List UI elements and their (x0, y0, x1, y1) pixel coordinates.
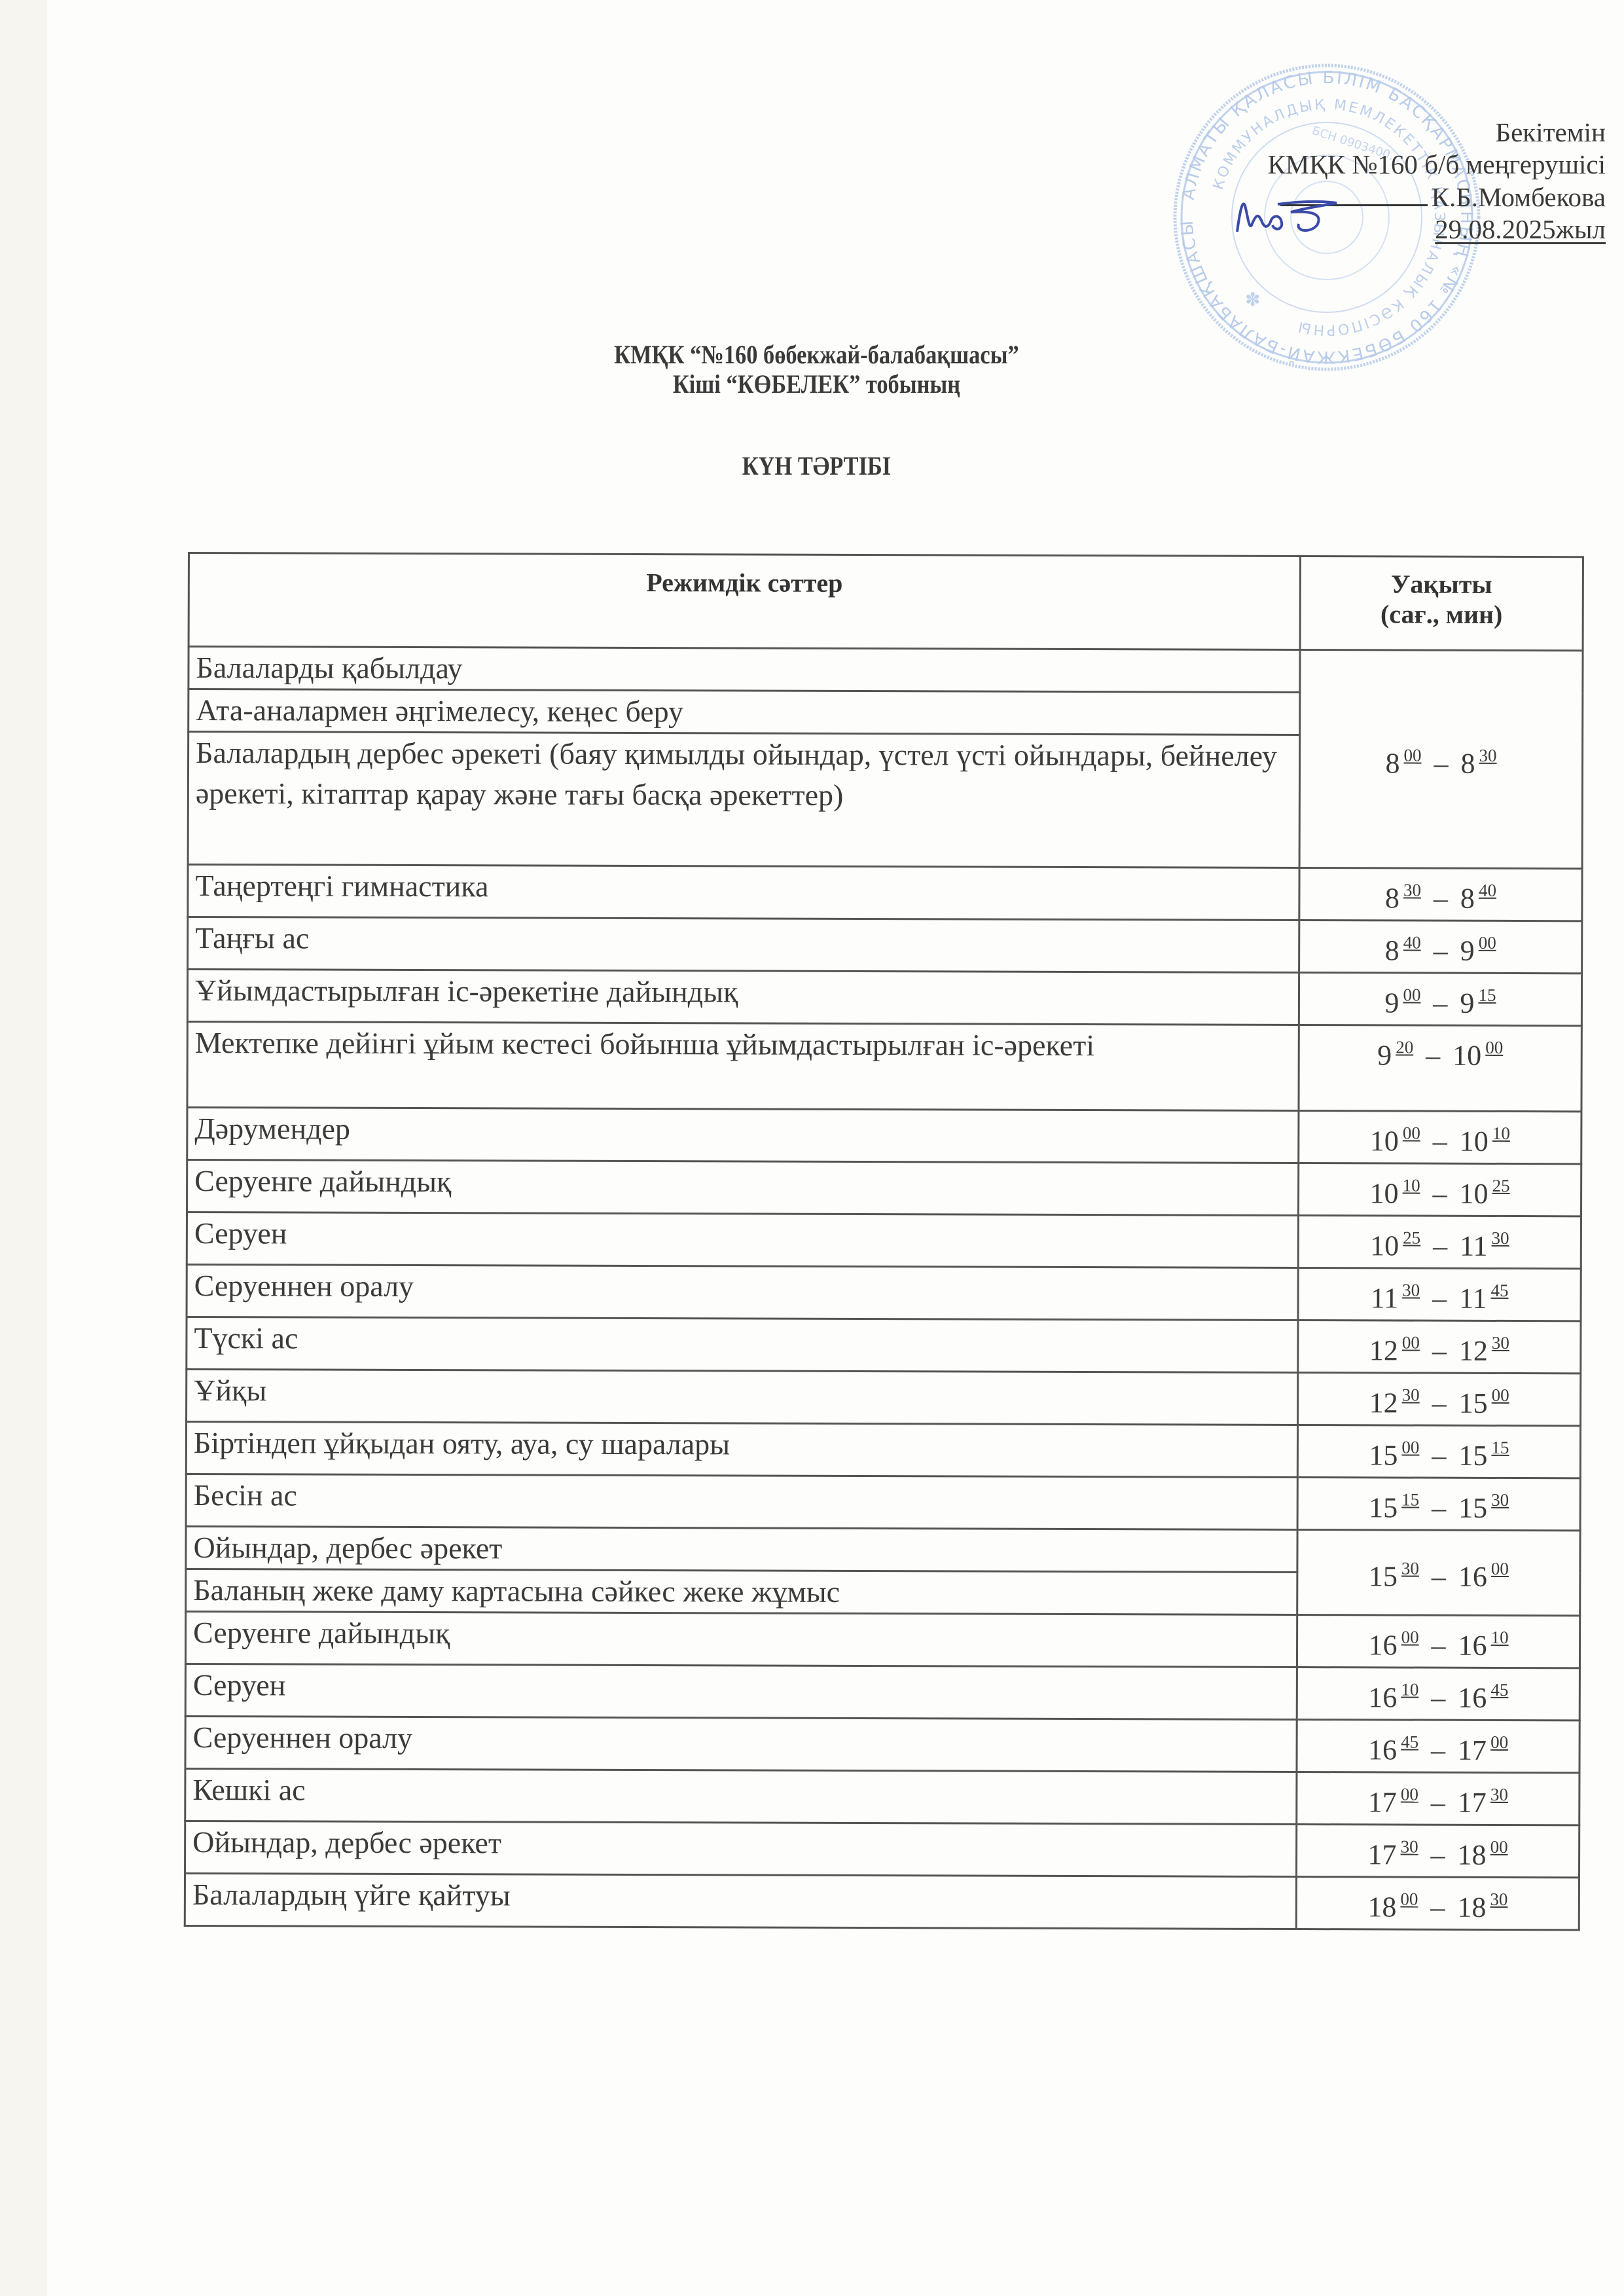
time-to-minute: 00 (1479, 933, 1496, 953)
table-row: Серуеннен оралу1130 – 1145 (187, 1264, 1581, 1321)
time-from-hour: 8 (1385, 882, 1399, 914)
table-row: Серуен1025 – 1130 (187, 1212, 1581, 1269)
time-from-minute: 00 (1403, 1123, 1420, 1143)
table-row: Ойындар, дербес әрекет1730 – 1800 (185, 1821, 1579, 1877)
time-dash: – (1426, 747, 1455, 779)
time-dash: – (1426, 1125, 1454, 1157)
time-to-minute: 45 (1490, 1281, 1508, 1300)
column-header-time-unit: (сағ., мин) (1380, 599, 1503, 629)
time-dash: – (1423, 1891, 1452, 1923)
activity-cell: Кешкі ас (185, 1768, 1297, 1824)
time-from-minute: 10 (1403, 1176, 1420, 1195)
activity-cell: Балаларды қабылдау (189, 647, 1300, 693)
table-row: Балалардың үйге қайтуы1800 – 1830 (185, 1873, 1579, 1929)
time-cell: 1700 – 1730 (1297, 1772, 1579, 1825)
document-title: КҮН ТӘРТІБІ (118, 452, 1515, 481)
time-to-hour: 8 (1460, 883, 1475, 915)
time-dash: – (1426, 1178, 1454, 1210)
scan-edge (0, 0, 47, 2296)
activity-cell: Ұйымдастырылған іс-әрекетіне дайындық (187, 970, 1299, 1025)
time-from-hour: 9 (1377, 1039, 1392, 1071)
time-cell: 1200 – 1230 (1298, 1321, 1581, 1374)
time-dash: – (1424, 1734, 1453, 1766)
signer-name: К.Б.Момбекова (1432, 182, 1606, 212)
time-from-hour: 8 (1385, 934, 1399, 966)
activity-cell: Серуенге дайындық (185, 1611, 1297, 1667)
activity-cell: Балалардың дербес әрекеті (баяу қимылды … (188, 732, 1300, 868)
activity-cell: Таңертеңгі гимнастика (188, 865, 1299, 920)
activity-cell: Таңғы ас (188, 917, 1299, 973)
activity-cell: Біртіндеп ұйқыдан ояту, ауа, су шаралары (186, 1421, 1297, 1477)
time-cell: 1500 – 1515 (1297, 1425, 1580, 1478)
time-cell: 1515 – 1530 (1297, 1478, 1580, 1531)
activity-cell: Балалардың үйге қайтуы (185, 1873, 1296, 1929)
time-from-minute: 30 (1402, 1385, 1420, 1405)
time-to-minute: 15 (1491, 1438, 1509, 1457)
time-to-hour: 10 (1460, 1178, 1489, 1210)
time-from-minute: 00 (1403, 985, 1420, 1005)
table-row: Мектепке дейінгі ұйым кестесі бойынша ұй… (187, 1022, 1581, 1112)
time-to-hour: 11 (1460, 1230, 1488, 1262)
time-from-hour: 17 (1368, 1838, 1397, 1870)
table-row: Таңғы ас840 – 900 (188, 917, 1582, 974)
activity-cell: Серуенге дайындық (187, 1160, 1299, 1216)
time-from-minute: 00 (1401, 1628, 1419, 1647)
table-row: Ұйқы1230 – 1500 (187, 1369, 1581, 1425)
time-cell: 920 – 1000 (1299, 1025, 1581, 1112)
time-from-minute: 30 (1401, 1559, 1419, 1578)
table-row: Серуен1610 – 1645 (185, 1664, 1579, 1720)
time-cell: 1000 – 1010 (1299, 1111, 1581, 1164)
time-cell: 1610 – 1645 (1297, 1667, 1579, 1721)
time-cell: 1645 – 1700 (1297, 1720, 1579, 1773)
time-cell: 1730 – 1800 (1297, 1825, 1579, 1878)
time-to-hour: 8 (1460, 747, 1475, 779)
time-from-minute: 00 (1402, 1333, 1420, 1353)
time-dash: – (1424, 1630, 1453, 1662)
time-from-hour: 16 (1368, 1629, 1397, 1661)
time-to-hour: 10 (1453, 1040, 1481, 1072)
time-cell: 1530 – 1600 (1297, 1530, 1580, 1616)
column-header-activity: Режимдік сәттер (189, 553, 1300, 650)
time-to-minute: 00 (1490, 1732, 1508, 1752)
time-dash: – (1425, 1283, 1454, 1315)
time-cell: 1010 – 1025 (1299, 1163, 1581, 1216)
time-to-hour: 16 (1458, 1630, 1487, 1662)
time-to-minute: 30 (1492, 1228, 1509, 1248)
time-from-hour: 10 (1370, 1230, 1399, 1262)
table-row: Түскі ас1200 – 1230 (187, 1317, 1581, 1373)
time-cell: 1130 – 1145 (1298, 1268, 1581, 1321)
time-from-hour: 8 (1385, 747, 1399, 779)
table-row: Бесін ас1515 – 1530 (186, 1474, 1580, 1530)
time-to-minute: 25 (1492, 1176, 1510, 1195)
table-header-row: Режимдік сәттер Уақыты (сағ., мин) (189, 553, 1583, 651)
time-dash: – (1425, 1387, 1454, 1419)
time-to-hour: 16 (1458, 1561, 1487, 1593)
stamp-ornament-icon: ✽ (1245, 290, 1260, 310)
time-to-minute: 00 (1491, 1559, 1509, 1578)
activity-cell: Серуен (185, 1664, 1297, 1719)
time-to-hour: 15 (1459, 1387, 1488, 1419)
time-from-minute: 30 (1401, 1837, 1418, 1857)
schedule-body: Балаларды қабылдау800 – 830Ата-аналармен… (185, 647, 1583, 1930)
time-from-hour: 16 (1368, 1681, 1397, 1713)
time-dash: – (1424, 1787, 1453, 1819)
table-row: Серуеннен оралу1645 – 1700 (185, 1716, 1579, 1772)
time-to-hour: 15 (1458, 1440, 1487, 1472)
table-row: Біртіндеп ұйқыдан ояту, ауа, су шаралары… (186, 1421, 1580, 1478)
table-row: Серуенге дайындық1010 – 1025 (187, 1160, 1581, 1216)
time-from-minute: 20 (1396, 1037, 1413, 1057)
time-dash: – (1424, 1682, 1453, 1714)
activity-cell: Серуеннен оралу (185, 1716, 1297, 1772)
time-to-minute: 10 (1492, 1123, 1510, 1143)
time-from-hour: 16 (1368, 1734, 1397, 1766)
table-row: Серуенге дайындық1600 – 1610 (185, 1611, 1579, 1667)
time-from-hour: 15 (1369, 1560, 1398, 1592)
time-to-minute: 30 (1491, 1490, 1509, 1510)
time-from-minute: 00 (1400, 1889, 1418, 1909)
activity-cell: Серуен (187, 1212, 1298, 1268)
activity-cell: Дәрумендер (187, 1108, 1299, 1163)
time-to-hour: 18 (1458, 1839, 1487, 1871)
time-dash: – (1424, 1440, 1453, 1472)
time-to-hour: 10 (1460, 1125, 1489, 1157)
time-dash: – (1424, 1492, 1453, 1524)
time-cell: 840 – 900 (1299, 920, 1582, 974)
activity-cell: Мектепке дейінгі ұйым кестесі бойынша ұй… (187, 1022, 1299, 1111)
time-to-hour: 9 (1460, 935, 1475, 967)
time-from-hour: 10 (1370, 1177, 1399, 1209)
time-to-minute: 30 (1490, 1785, 1508, 1804)
time-from-minute: 40 (1403, 933, 1421, 953)
time-cell: 1600 – 1610 (1297, 1615, 1579, 1668)
time-cell: 900 – 915 (1299, 973, 1581, 1026)
activity-cell: Баланың жеке даму картасына сәйкес жеке … (186, 1569, 1297, 1614)
time-to-minute: 40 (1479, 881, 1496, 900)
time-from-minute: 25 (1403, 1228, 1420, 1248)
table-row: Ұйымдастырылған іс-әрекетіне дайындық900… (187, 970, 1581, 1026)
column-header-time-label: Уақыты (1391, 569, 1492, 598)
time-cell: 1230 – 1500 (1298, 1373, 1581, 1426)
approver-position: КМҚК №160 б/б меңгерушісі (1267, 149, 1606, 181)
time-to-minute: 00 (1492, 1385, 1509, 1405)
table-row: Балаларды қабылдау800 – 830 (189, 647, 1583, 693)
signature (1225, 186, 1356, 245)
time-dash: – (1426, 1230, 1454, 1262)
time-to-minute: 00 (1490, 1837, 1508, 1857)
table-row: Ойындар, дербес әрекет1530 – 1600 (186, 1526, 1580, 1573)
table-row: Дәрумендер1000 – 1010 (187, 1108, 1581, 1164)
time-to-minute: 10 (1491, 1628, 1509, 1647)
time-from-hour: 10 (1370, 1125, 1399, 1157)
table-row: Кешкі ас1700 – 1730 (185, 1768, 1579, 1825)
time-from-hour: 9 (1384, 987, 1399, 1019)
time-dash: – (1418, 1040, 1447, 1072)
activity-cell: Ойындар, дербес әрекет (186, 1526, 1297, 1572)
time-cell: 1800 – 1830 (1296, 1877, 1579, 1930)
activity-cell: Ұйқы (187, 1369, 1298, 1425)
time-dash: – (1426, 987, 1454, 1019)
activity-cell: Серуеннен оралу (187, 1264, 1298, 1320)
time-to-hour: 12 (1459, 1335, 1488, 1367)
time-dash: – (1426, 935, 1455, 967)
time-from-minute: 15 (1401, 1490, 1419, 1510)
time-from-minute: 30 (1402, 1281, 1420, 1300)
time-to-minute: 45 (1490, 1680, 1508, 1700)
time-from-minute: 30 (1403, 881, 1421, 900)
activity-cell: Ата-аналармен әңгімелесу, кеңес беру (189, 689, 1300, 735)
time-to-hour: 15 (1458, 1492, 1487, 1524)
time-dash: – (1424, 1839, 1453, 1871)
time-to-hour: 9 (1460, 987, 1474, 1019)
time-from-minute: 00 (1404, 745, 1422, 765)
activity-cell: Ойындар, дербес әрекет (185, 1821, 1297, 1876)
time-dash: – (1424, 1561, 1453, 1593)
time-to-minute: 15 (1478, 985, 1496, 1005)
time-from-hour: 15 (1369, 1491, 1398, 1523)
time-to-minute: 30 (1492, 1333, 1509, 1353)
time-from-hour: 12 (1369, 1334, 1398, 1366)
time-to-minute: 30 (1479, 745, 1497, 765)
time-from-minute: 45 (1401, 1732, 1418, 1752)
approval-date: 29.08.2025жыл (1435, 214, 1606, 244)
time-from-minute: 00 (1401, 1785, 1418, 1804)
activity-cell: Бесін ас (186, 1474, 1297, 1529)
time-cell: 830 – 840 (1299, 868, 1582, 921)
approved-label: Бекітемін (1267, 117, 1606, 149)
time-from-hour: 12 (1369, 1387, 1398, 1419)
time-from-hour: 15 (1369, 1439, 1398, 1471)
daily-schedule-table: Режимдік сәттер Уақыты (сағ., мин) Балал… (184, 552, 1584, 1931)
table-row: Таңертеңгі гимнастика830 – 840 (188, 865, 1582, 921)
activity-cell: Түскі ас (187, 1317, 1298, 1372)
time-to-hour: 11 (1459, 1283, 1487, 1315)
column-header-time: Уақыты (сағ., мин) (1300, 556, 1583, 651)
time-dash: – (1425, 1335, 1454, 1367)
time-to-hour: 17 (1458, 1787, 1487, 1819)
time-from-hour: 18 (1367, 1891, 1396, 1923)
time-from-hour: 11 (1371, 1282, 1399, 1314)
time-to-minute: 30 (1490, 1889, 1507, 1909)
time-cell: 800 – 830 (1299, 650, 1583, 869)
time-to-hour: 17 (1458, 1734, 1487, 1766)
time-from-hour: 17 (1368, 1786, 1397, 1818)
time-from-minute: 10 (1401, 1680, 1418, 1700)
time-dash: – (1426, 883, 1455, 915)
time-to-hour: 18 (1457, 1891, 1486, 1923)
time-from-minute: 00 (1401, 1438, 1419, 1457)
time-to-minute: 00 (1485, 1038, 1503, 1057)
time-to-hour: 16 (1458, 1682, 1487, 1714)
time-cell: 1025 – 1130 (1298, 1216, 1581, 1269)
